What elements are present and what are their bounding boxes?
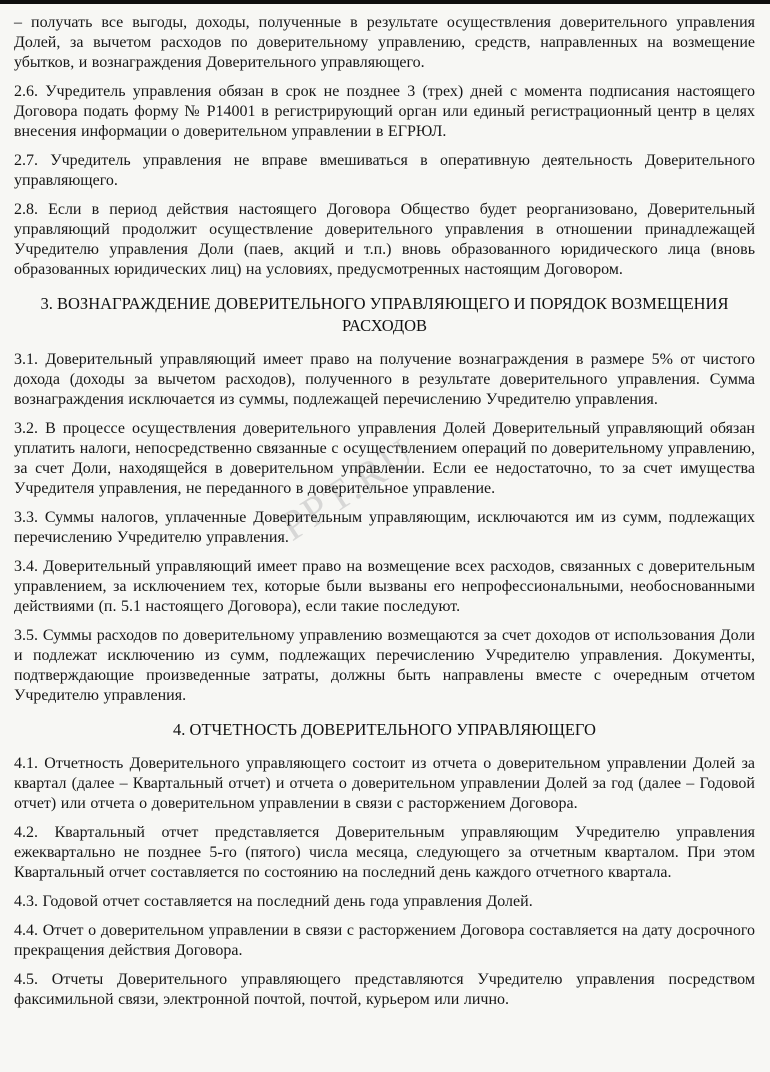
- section-heading: 4. ОТЧЕТНОСТЬ ДОВЕРИТЕЛЬНОГО УПРАВЛЯЮЩЕГ…: [14, 719, 755, 741]
- contract-paragraph: 3.3. Суммы налогов, уплаченные Доверител…: [14, 508, 755, 548]
- contract-paragraph: 3.1. Доверительный управляющий имеет пра…: [14, 350, 755, 410]
- contract-paragraph: 2.7. Учредитель управления не вправе вме…: [14, 151, 755, 191]
- contract-paragraph: – получать все выгоды, доходы, полученны…: [14, 13, 755, 73]
- contract-paragraph: 4.2. Квартальный отчет представляется До…: [14, 823, 755, 883]
- contract-paragraph: 4.1. Отчетность Доверительного управляющ…: [14, 754, 755, 814]
- contract-paragraph: 4.5. Отчеты Доверительного управляющего …: [14, 970, 755, 1010]
- contract-paragraph: 3.4. Доверительный управляющий имеет пра…: [14, 557, 755, 617]
- contract-paragraph: 2.6. Учредитель управления обязан в срок…: [14, 82, 755, 142]
- contract-paragraph: 3.2. В процессе осуществления доверитель…: [14, 419, 755, 499]
- contract-paragraph: 3.5. Суммы расходов по доверительному уп…: [14, 626, 755, 706]
- section-heading: 3. ВОЗНАГРАЖДЕНИЕ ДОВЕРИТЕЛЬНОГО УПРАВЛЯ…: [14, 293, 755, 337]
- contract-paragraph: 4.3. Годовой отчет составляется на после…: [14, 892, 755, 912]
- contract-paragraph: 4.4. Отчет о доверительном управлении в …: [14, 921, 755, 961]
- contract-page-body: – получать все выгоды, доходы, полученны…: [0, 4, 770, 1010]
- contract-paragraph: 2.8. Если в период действия настоящего Д…: [14, 200, 755, 280]
